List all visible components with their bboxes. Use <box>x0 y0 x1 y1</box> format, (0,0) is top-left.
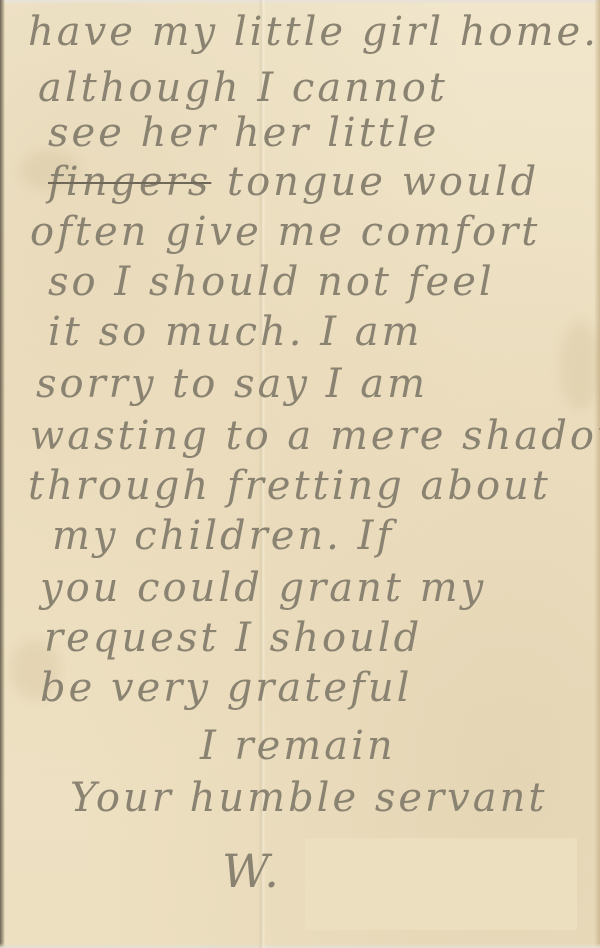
letter-line-9: wasting to a mere shadow <box>30 416 600 456</box>
letter-line-11: my children. If <box>52 516 394 556</box>
paper-bottom-edge <box>0 943 600 948</box>
letter-line-7: it so much. I am <box>48 312 422 352</box>
letter-line-14: be very grateful <box>40 668 412 708</box>
letter-line-1: have my little girl home. <box>28 12 599 52</box>
letter-line-2: although I cannot <box>38 68 448 108</box>
letter-page: have my little girl home. although I can… <box>0 0 600 948</box>
letter-line-6: so I should not feel <box>48 262 495 302</box>
letter-line-4: fingers tongue would <box>48 162 539 202</box>
signature-initial: W. <box>222 848 282 894</box>
paper-top-edge <box>0 0 600 3</box>
letter-line-4-text: tongue would <box>227 159 539 205</box>
paper-stain <box>560 320 600 410</box>
letter-line-8: sorry to say I am <box>36 364 428 404</box>
closing-remain: I remain <box>200 726 396 766</box>
closing-servant: Your humble servant <box>70 778 547 818</box>
signature-redaction-box <box>305 838 577 930</box>
paper-left-edge <box>0 0 5 948</box>
letter-line-12: you could grant my <box>40 568 486 608</box>
letter-line-13: request I should <box>44 618 422 658</box>
letter-line-5: often give me comfort <box>30 212 540 252</box>
letter-line-10: through fretting about <box>28 466 551 506</box>
letter-line-3: see her her little <box>48 113 439 153</box>
paper-right-edge <box>594 0 600 948</box>
struck-word: fingers <box>48 159 211 205</box>
